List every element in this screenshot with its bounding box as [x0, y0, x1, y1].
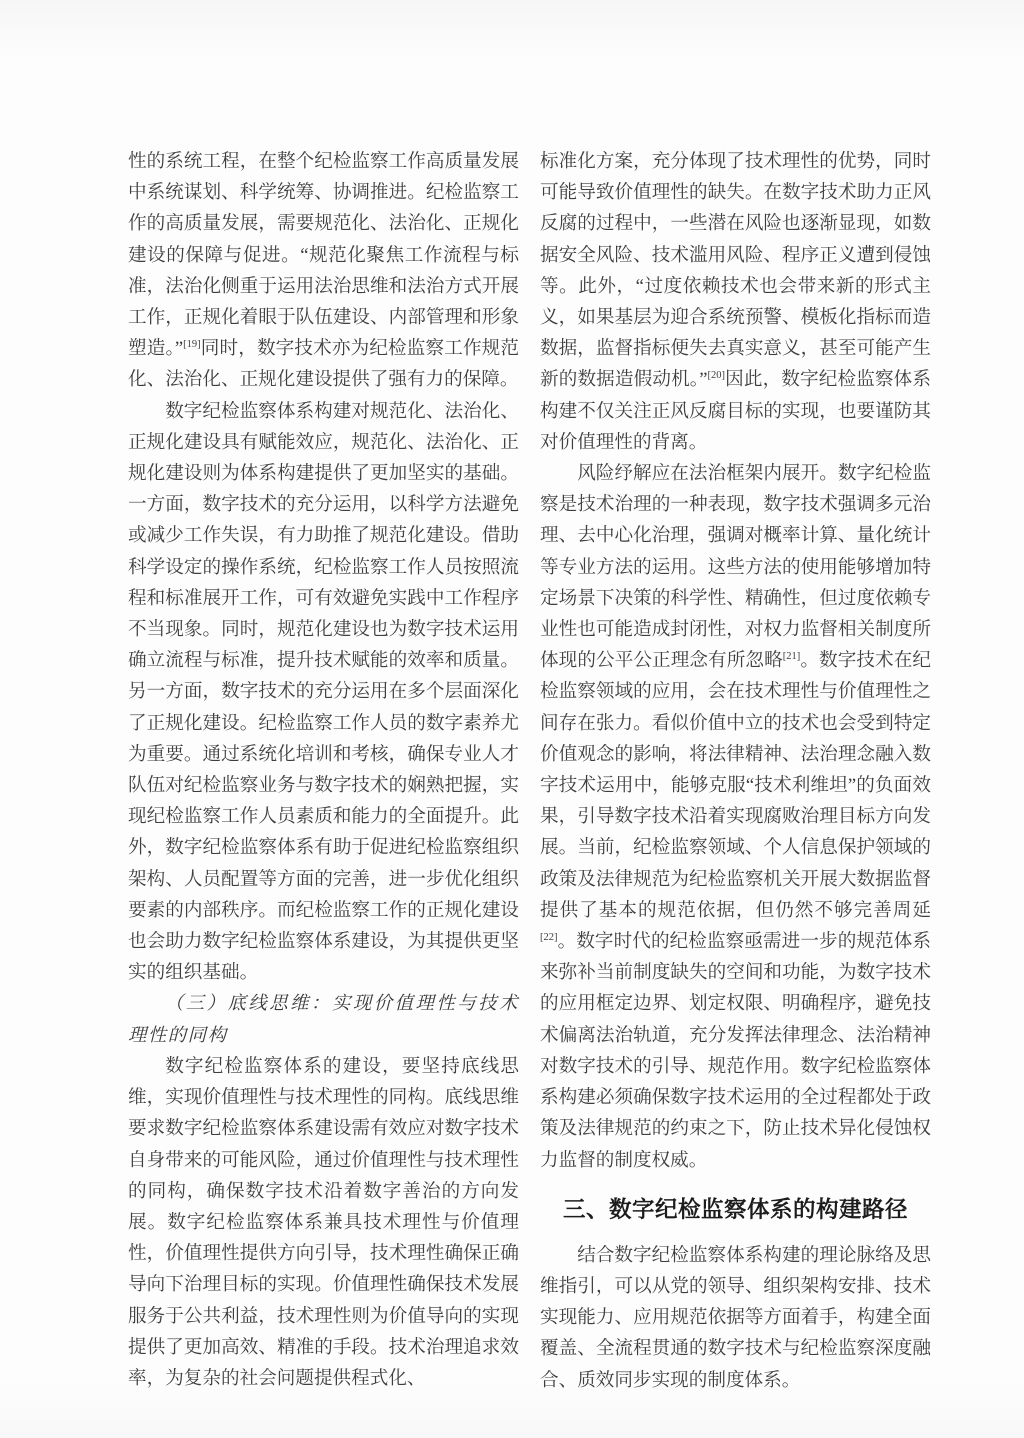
reference-marker: [20] — [708, 370, 726, 381]
reference-marker: [19] — [183, 339, 201, 350]
paragraph: 标准化方案，充分体现了技术理性的优势，同时可能导致价值理性的缺失。在数字技术助力… — [540, 146, 931, 458]
paragraph: 结合数字纪检监察体系构建的理论脉络及思维指引，可以从党的领导、组织架构安排、技术… — [540, 1240, 931, 1396]
scanned-paper-page: 性的系统工程，在整个纪检监察工作高质量发展中系统谋划、科学统筹、协调推进。纪检监… — [0, 0, 1024, 1438]
subsection-heading: （三）底线思维：实现价值理性与技术理性的同构 — [128, 988, 519, 1050]
reference-marker: [21] — [783, 651, 801, 662]
reference-marker: [22] — [540, 932, 558, 943]
left-text-column: 性的系统工程，在整个纪检监察工作高质量发展中系统谋划、科学统筹、协调推进。纪检监… — [128, 146, 519, 1394]
right-text-column: 标准化方案，充分体现了技术理性的优势，同时可能导致价值理性的缺失。在数字技术助力… — [540, 146, 931, 1396]
paragraph: 性的系统工程，在整个纪检监察工作高质量发展中系统谋划、科学统筹、协调推进。纪检监… — [128, 146, 519, 396]
section-heading: 三、数字纪检监察体系的构建路径 — [540, 1193, 931, 1227]
paragraph: 数字纪检监察体系构建对规范化、法治化、正规化建设具有赋能效应，规范化、法治化、正… — [128, 396, 519, 989]
paragraph: 风险纾解应在法治框架内展开。数字纪检监察是技术治理的一种表现，数字技术强调多元治… — [540, 458, 931, 1176]
paragraph: 数字纪检监察体系的建设，要坚持底线思维，实现价值理性与技术理性的同构。底线思维要… — [128, 1051, 519, 1394]
